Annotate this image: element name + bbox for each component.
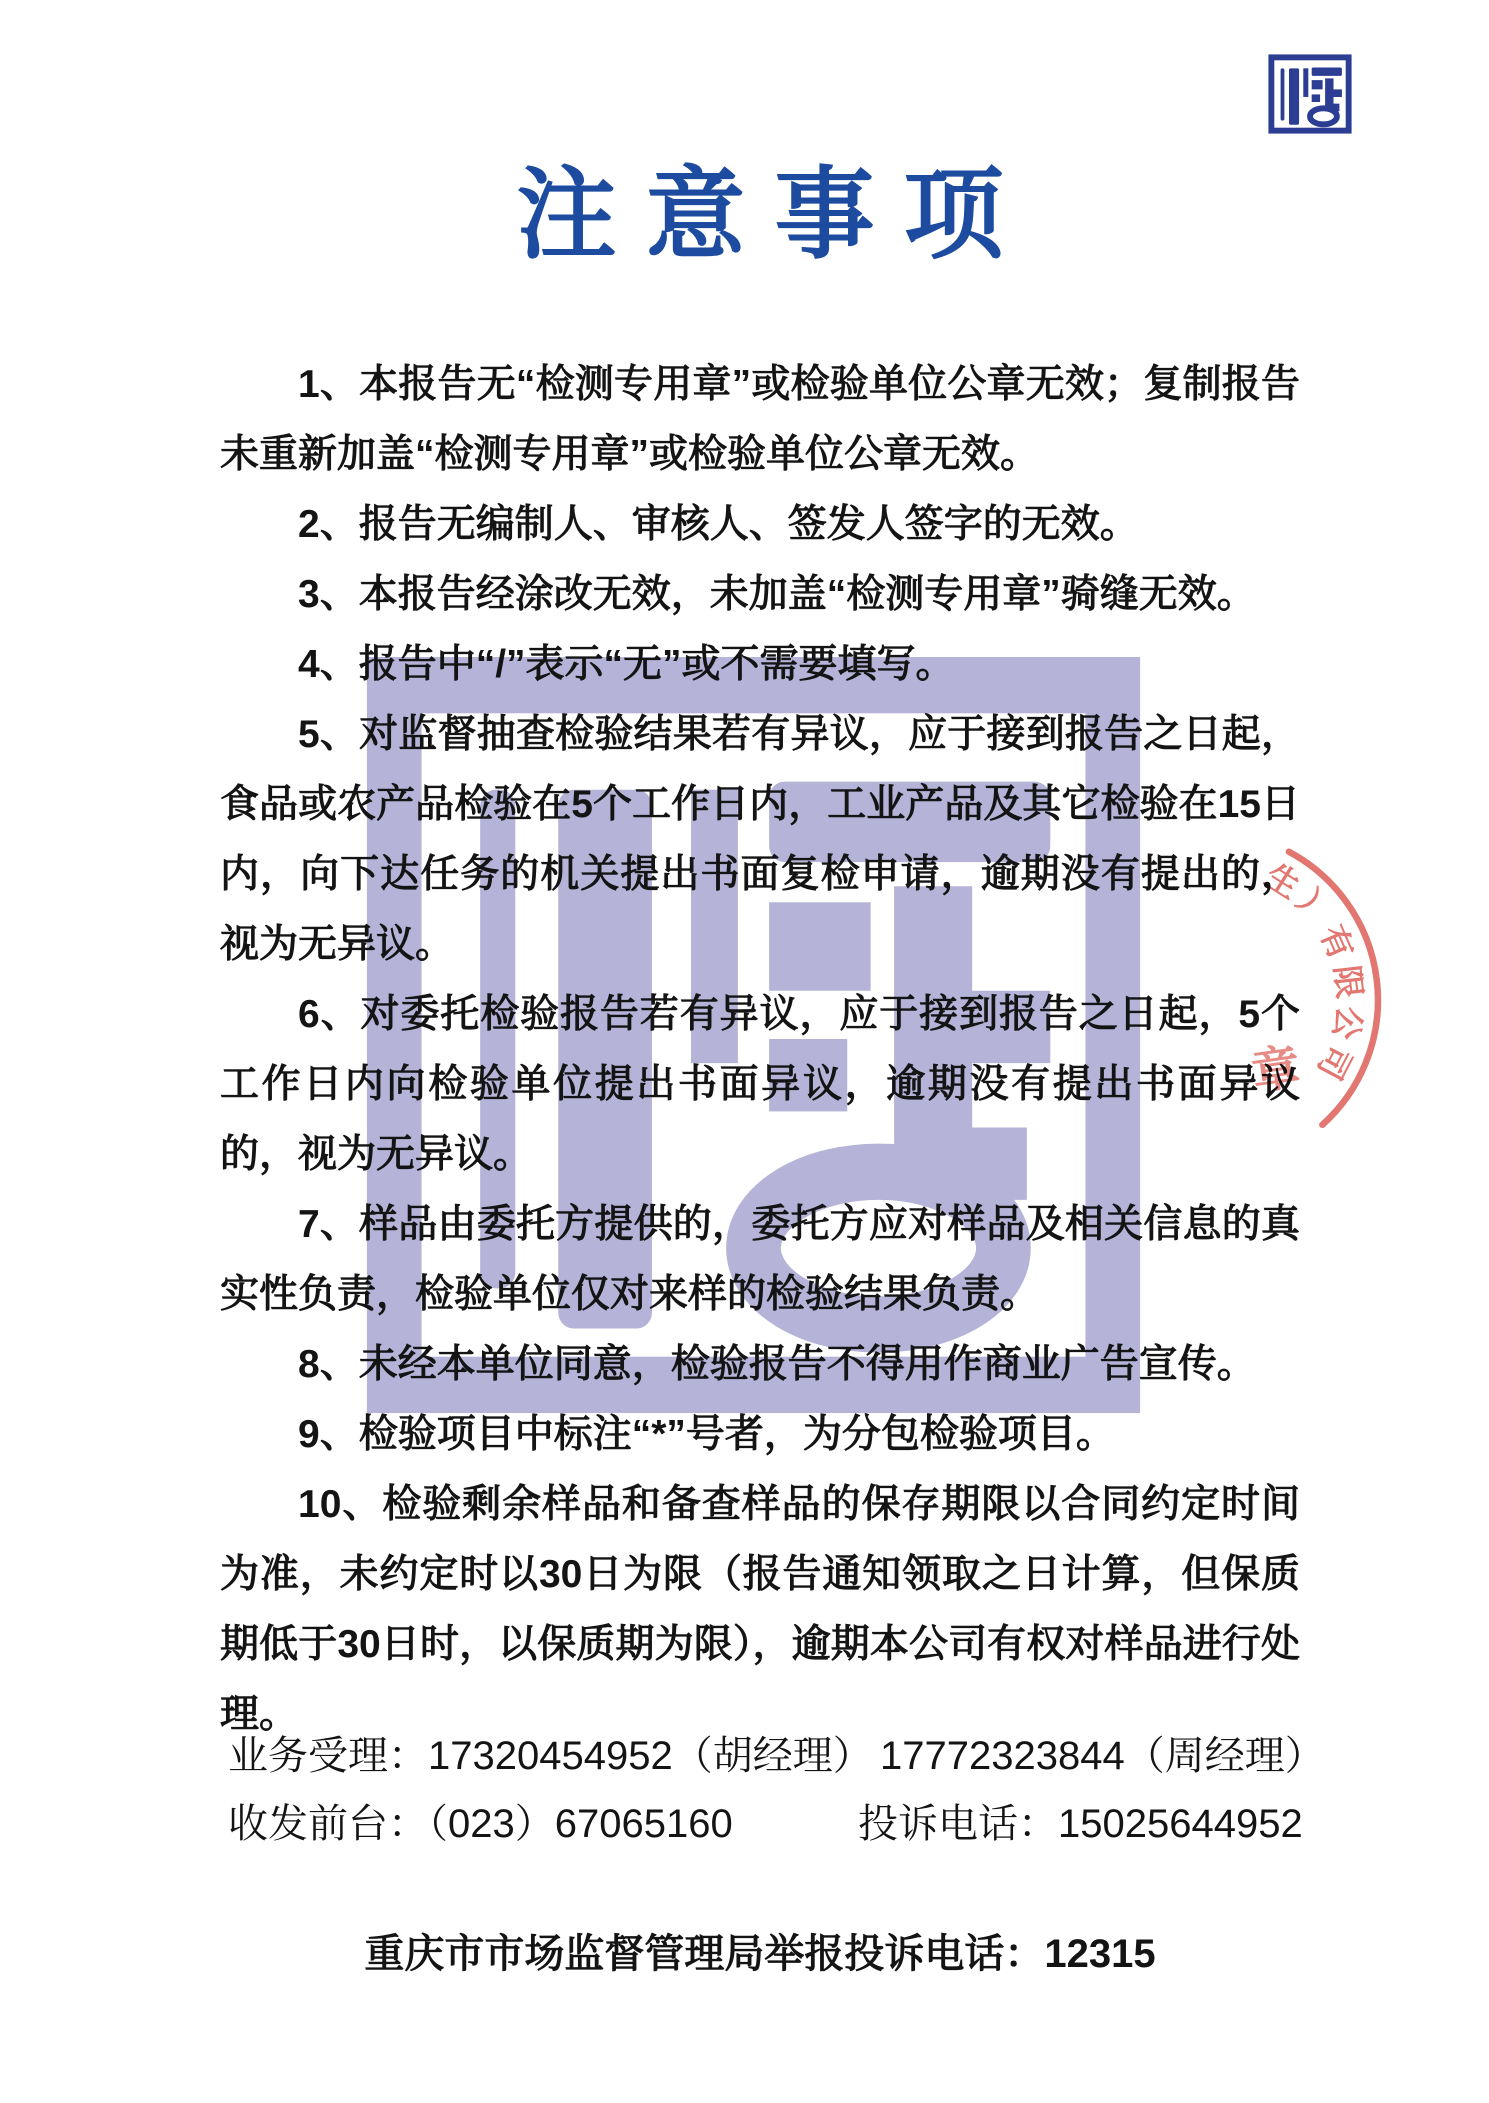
note-item-7: 7、样品由委托方提供的，委托方应对样品及相关信息的真实性负责，检验单位仅对来样的… xyxy=(220,1190,1300,1330)
company-seal-logo-icon xyxy=(1268,54,1352,134)
note-item-1: 1、本报告无“检测专用章”或检验单位公章无效；复制报告未重新加盖“检测专用章”或… xyxy=(220,350,1300,490)
note-item-4: 4、报告中“/”表示“无”或不需要填写。 xyxy=(220,630,1300,700)
contact-complaint-phone: 投诉电话：15025644952 xyxy=(858,1800,1303,1848)
contact-front-desk-phone: 收发前台：（023）67065160 xyxy=(228,1800,733,1848)
regulator-hotline: 重庆市市场监督管理局举报投诉电话：12315 xyxy=(220,1922,1300,1979)
note-item-3: 3、本报告经涂改无效，未加盖“检测专用章”骑缝无效。 xyxy=(220,560,1300,630)
page-title: 注意事项 xyxy=(220,158,1300,273)
red-company-stamp: 生）有限公司 章 xyxy=(1000,800,1480,1200)
contact-business-phone-1: 业务受理：17320454952（胡经理） xyxy=(228,1732,873,1780)
stamp-seal-char: 章 xyxy=(1248,1040,1303,1100)
contact-business-phone-2: 17772323844（周经理） xyxy=(880,1732,1325,1780)
note-item-8: 8、未经本单位同意，检验报告不得用作商业广告宣传。 xyxy=(220,1330,1300,1400)
note-item-9: 9、检验项目中标注“*”号者，为分包检验项目。 xyxy=(220,1400,1300,1470)
note-item-2: 2、报告无编制人、审核人、签发人签字的无效。 xyxy=(220,490,1300,560)
note-item-10: 10、检验剩余样品和备查样品的保存期限以合同约定时间为准，未约定时以30日为限（… xyxy=(220,1470,1300,1750)
document-page: 注意事项 1、本报告无“检测专用章”或检验单位公章无效；复制报告未重新加盖“检测… xyxy=(0,0,1489,2103)
